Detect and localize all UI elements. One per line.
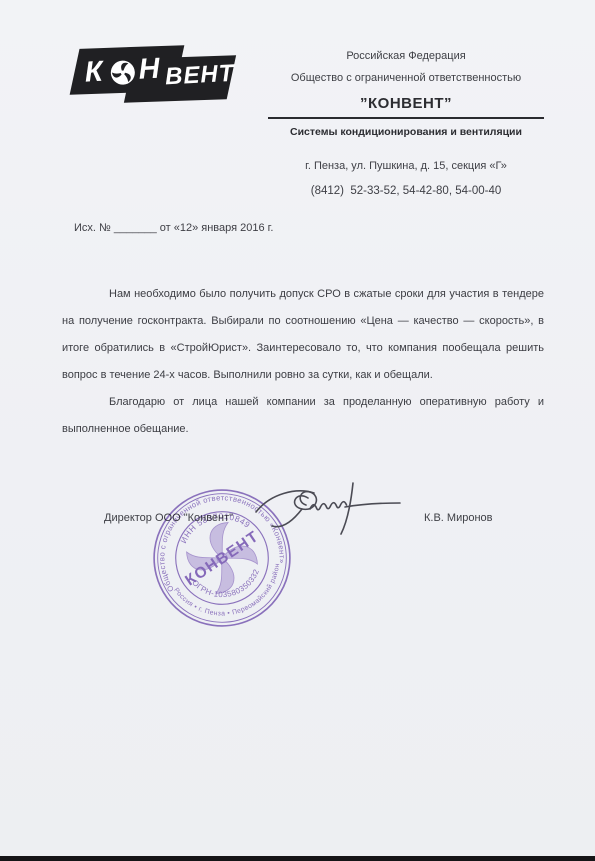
logo-letter-k: К: [84, 58, 103, 88]
konvent-logo: К Н ВЕНТ: [73, 46, 235, 104]
letterhead-contacts: г. Пенза, ул. Пушкина, д. 15, секция «Г»…: [268, 160, 544, 197]
letterhead-phone: (8412) 52-33-52, 54-42-80, 54-00-40: [268, 185, 544, 197]
signer-name: К.В. Миронов: [424, 512, 493, 524]
scan-edge: [0, 856, 595, 861]
scanned-letter-page: К Н ВЕНТ Российская Федерация Общество с…: [0, 0, 595, 861]
handwritten-signature: [250, 476, 410, 548]
fan-icon: [109, 59, 136, 86]
letterhead: Российская Федерация Общество с ограниче…: [268, 50, 544, 138]
logo-text: К Н ВЕНТ: [72, 42, 237, 108]
letter-body: Нам необходимо было получить допуск СРО …: [62, 281, 544, 443]
letterhead-divider: [268, 117, 544, 119]
body-paragraph-1: Нам необходимо было получить допуск СРО …: [62, 281, 544, 389]
body-paragraph-2: Благодарю от лица нашей компании за прод…: [62, 389, 544, 443]
reference-line: Исх. № _______ от «12» января 2016 г.: [74, 222, 273, 234]
letterhead-org-name: ”КОНВЕНТ”: [268, 95, 544, 112]
logo-letter-n: Н: [138, 55, 160, 85]
letterhead-country: Российская Федерация: [268, 50, 544, 62]
logo-text-vent: ВЕНТ: [165, 62, 236, 90]
letterhead-org-type: Общество с ограниченной ответственностью: [268, 72, 544, 84]
letterhead-address: г. Пенза, ул. Пушкина, д. 15, секция «Г»: [268, 160, 544, 172]
letterhead-tagline: Системы кондиционирования и вентиляции: [268, 126, 544, 138]
